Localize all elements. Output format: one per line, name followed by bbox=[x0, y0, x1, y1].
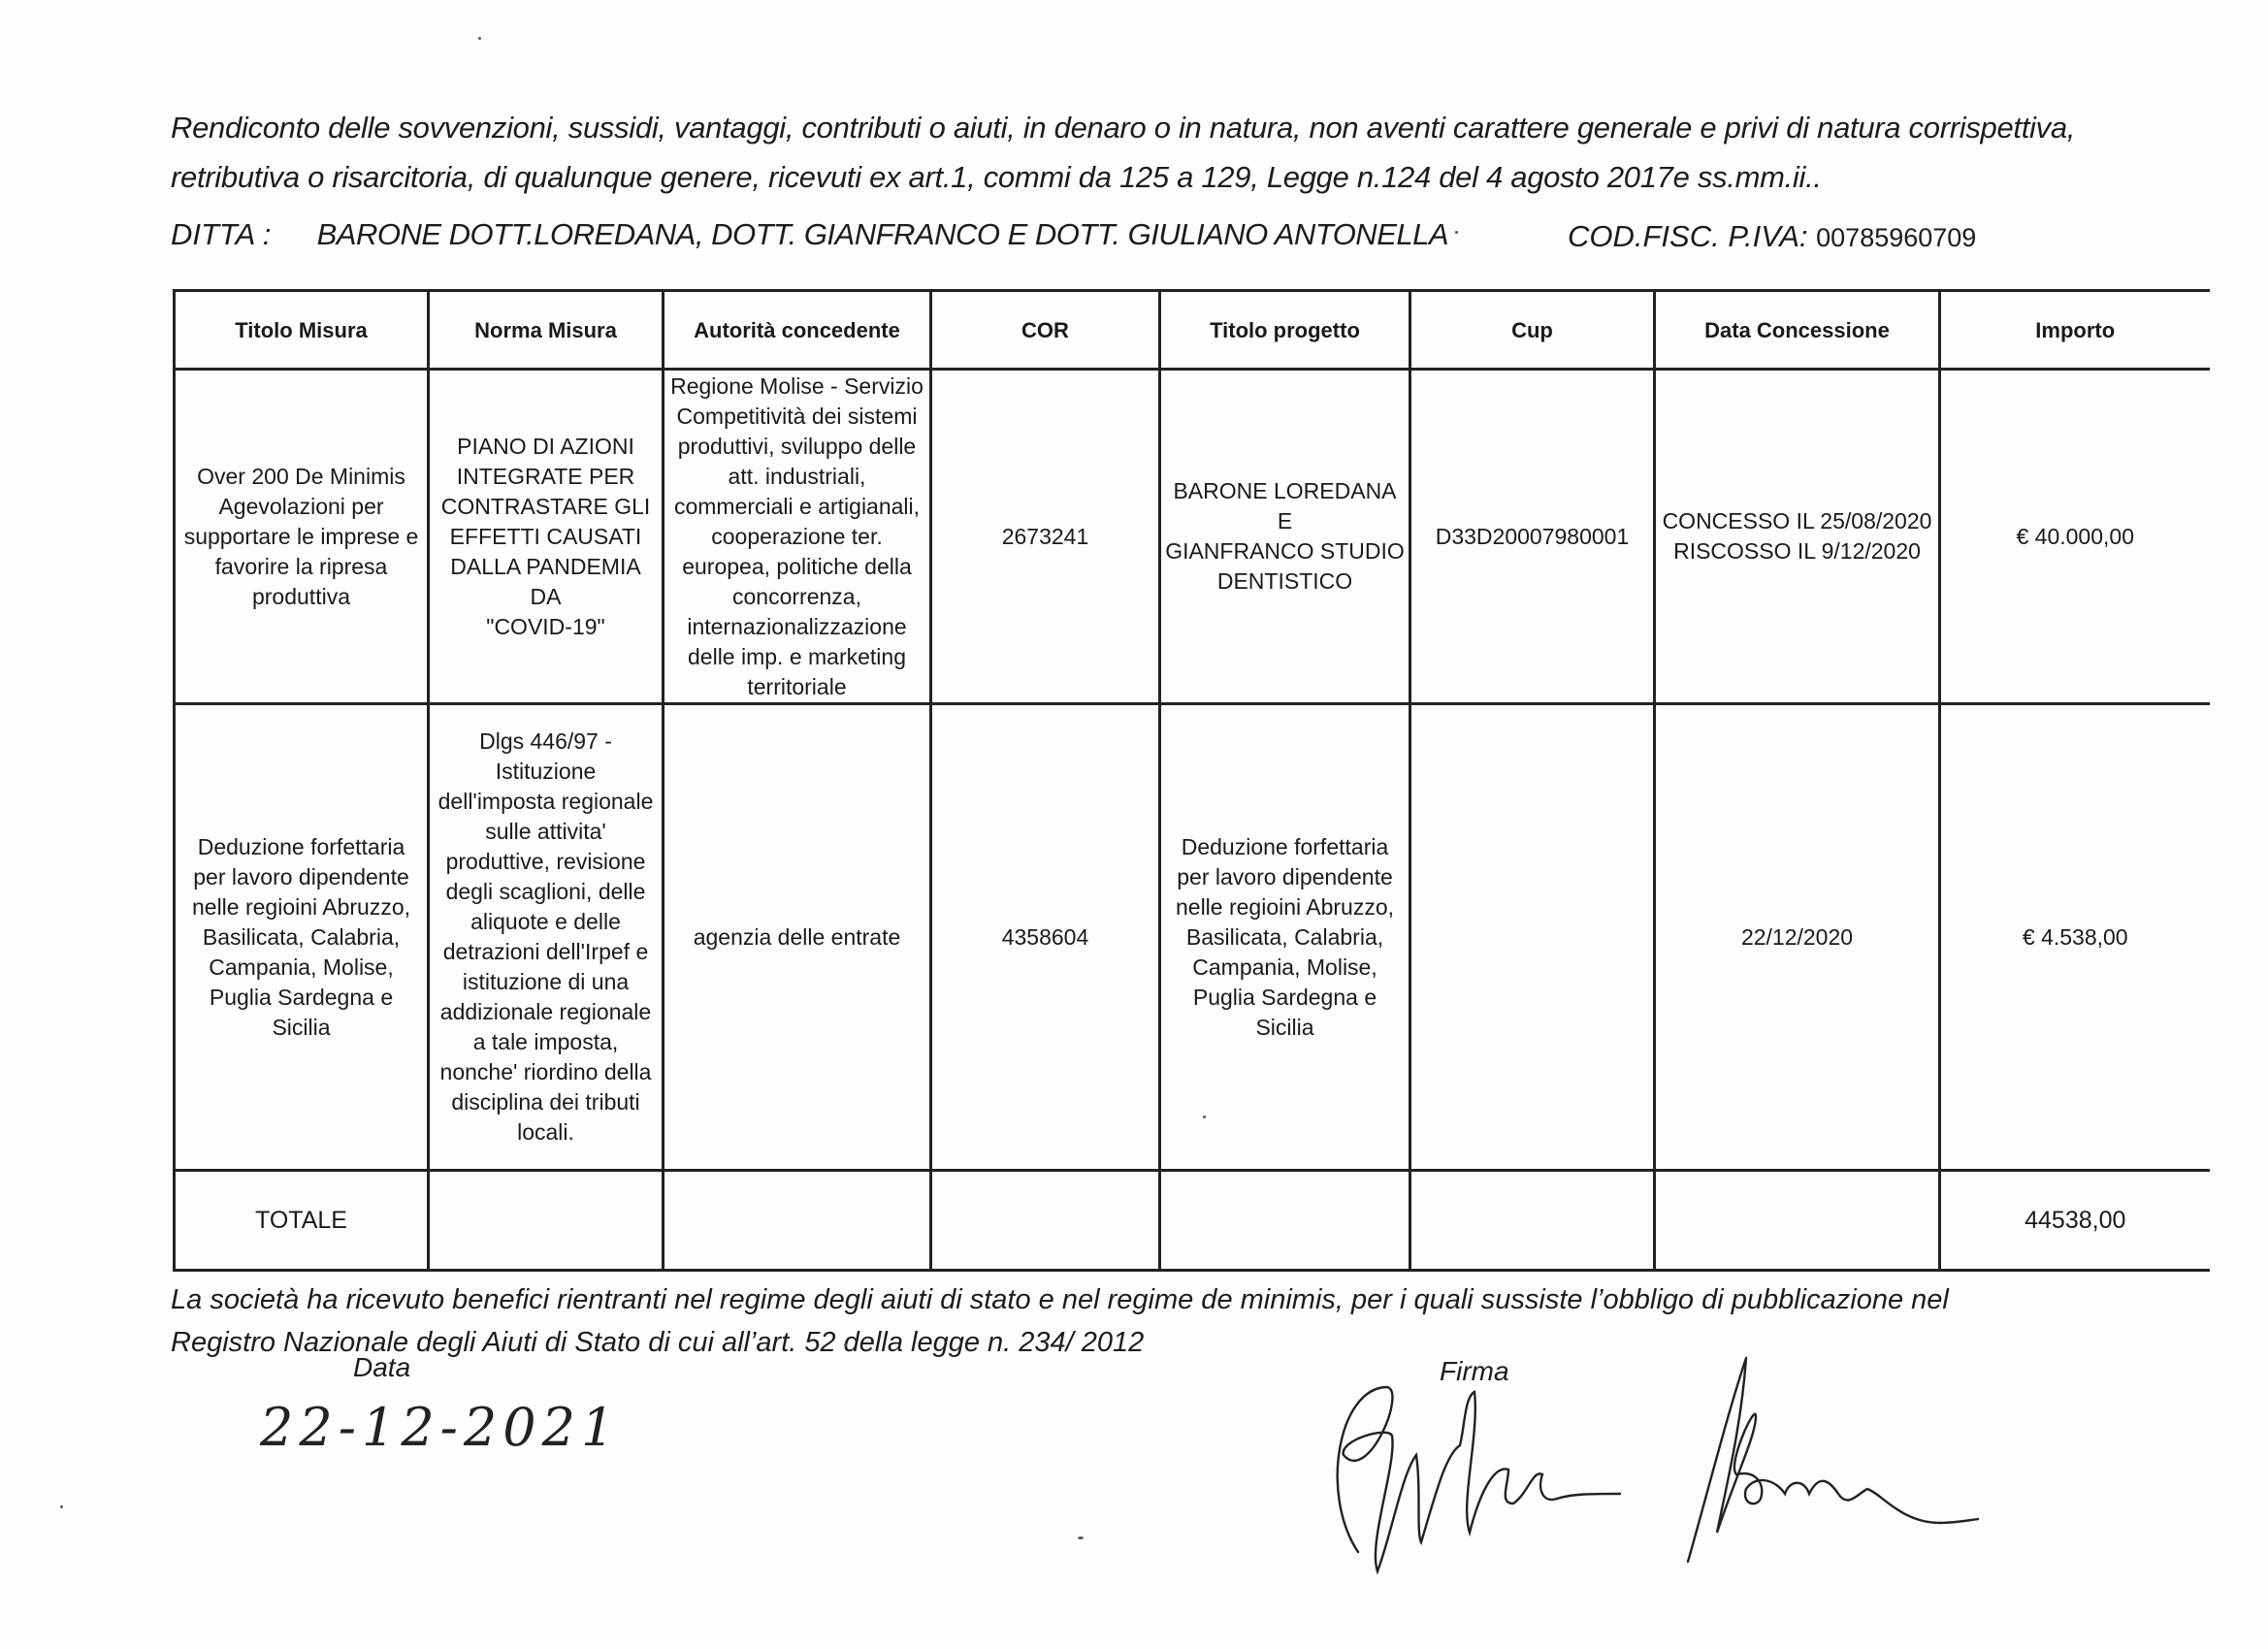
date-label: Data bbox=[353, 1352, 410, 1383]
header-norma-misura: Norma Misura bbox=[429, 291, 664, 370]
intro-paragraph: Rendiconto delle sovvenzioni, sussidi, v… bbox=[171, 103, 2130, 202]
cell-cup bbox=[1410, 704, 1655, 1171]
cell-titolo-progetto: Deduzione forfettaria per lavoro dipende… bbox=[1160, 704, 1410, 1171]
signature-icon bbox=[1300, 1348, 1979, 1581]
header-autorita: Autorità concedente bbox=[664, 291, 931, 370]
total-row: TOTALE 44538,00 bbox=[175, 1171, 2210, 1271]
header-importo: Importo bbox=[1940, 291, 2210, 370]
cell-autorita: Regione Molise - Servizio Competitività … bbox=[664, 370, 931, 704]
intro-line-1: Rendiconto delle sovvenzioni, sussidi, v… bbox=[171, 103, 2130, 152]
table-row: Deduzione forfettaria per lavoro dipende… bbox=[175, 704, 2210, 1171]
footer-line-1: La società ha ricevuto benefici rientran… bbox=[171, 1278, 2111, 1321]
header-titolo-progetto: Titolo progetto bbox=[1160, 291, 1410, 370]
cell-titolo-progetto: BARONE LOREDANA E GIANFRANCO STUDIO DENT… bbox=[1160, 370, 1410, 704]
cell-importo: € 4.538,00 bbox=[1940, 704, 2210, 1171]
header-titolo-misura: Titolo Misura bbox=[175, 291, 429, 370]
table-header-row: Titolo Misura Norma Misura Autorità conc… bbox=[175, 291, 2210, 370]
header-data-concessione: Data Concessione bbox=[1655, 291, 1940, 370]
header-cor: COR bbox=[931, 291, 1160, 370]
empty-cell bbox=[429, 1171, 664, 1271]
empty-cell bbox=[1160, 1171, 1410, 1271]
empty-cell bbox=[1410, 1171, 1655, 1271]
empty-cell bbox=[664, 1171, 931, 1271]
empty-cell bbox=[931, 1171, 1160, 1271]
cell-cup: D33D20007980001 bbox=[1410, 370, 1655, 704]
cell-cor: 4358604 bbox=[931, 704, 1160, 1171]
total-label: TOTALE bbox=[175, 1171, 429, 1271]
tax-code-label: COD.FISC. P.IVA: bbox=[1568, 219, 1808, 253]
cell-data-concessione: 22/12/2020 bbox=[1655, 704, 1940, 1171]
cell-data-concessione: CONCESSO IL 25/08/2020 RISCOSSO IL 9/12/… bbox=[1655, 370, 1940, 704]
empty-cell bbox=[1655, 1171, 1940, 1271]
cell-importo: € 40.000,00 bbox=[1940, 370, 2210, 704]
cell-autorita: agenzia delle entrate bbox=[664, 704, 931, 1171]
company-name: BARONE DOTT.LOREDANA, DOTT. GIANFRANCO E… bbox=[317, 217, 1448, 252]
total-value: 44538,00 bbox=[1940, 1171, 2210, 1271]
tax-code-value: 00785960709 bbox=[1816, 223, 1976, 252]
cell-norma-misura: PIANO DI AZIONI INTEGRATE PER CONTRASTAR… bbox=[429, 370, 664, 704]
tax-code: COD.FISC. P.IVA: 00785960709 bbox=[1568, 219, 1976, 254]
cell-titolo-misura: Deduzione forfettaria per lavoro dipende… bbox=[175, 704, 429, 1171]
table-row: Over 200 De Minimis Agevolazioni per sup… bbox=[175, 370, 2210, 704]
handwritten-date: 22-12-2021 bbox=[260, 1397, 620, 1458]
cell-norma-misura: Dlgs 446/97 - Istituzione dell'imposta r… bbox=[429, 704, 664, 1171]
intro-line-2: retributiva o risarcitoria, di qualunque… bbox=[171, 152, 2130, 202]
aid-table: Titolo Misura Norma Misura Autorità conc… bbox=[173, 289, 2210, 1272]
ditta-label: DITTA : bbox=[171, 217, 308, 252]
cell-titolo-misura: Over 200 De Minimis Agevolazioni per sup… bbox=[175, 370, 429, 704]
header-cup: Cup bbox=[1410, 291, 1655, 370]
cell-cor: 2673241 bbox=[931, 370, 1160, 704]
